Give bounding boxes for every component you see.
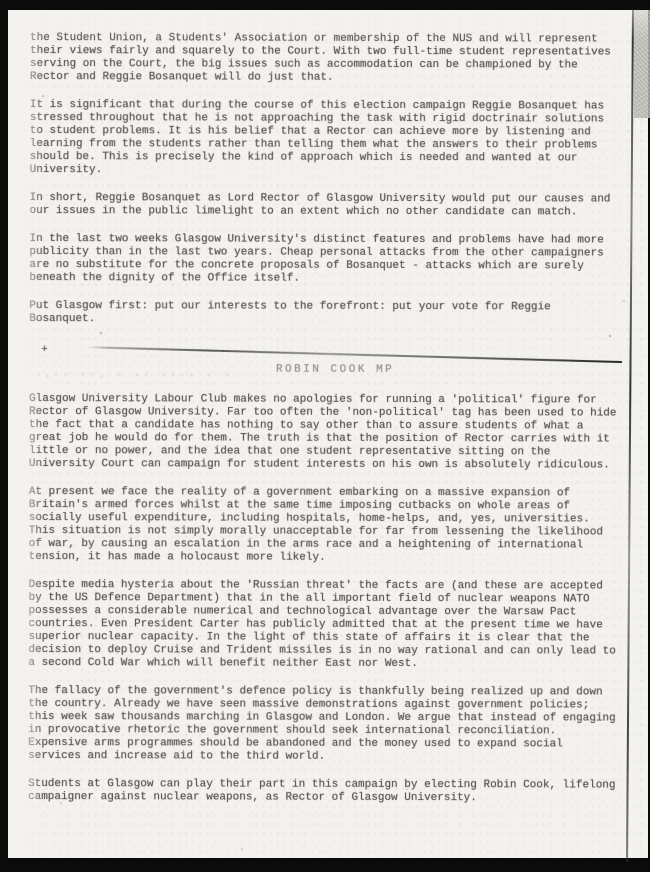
paragraph: The fallacy of the government's defence …: [28, 685, 616, 765]
scan-background: { "marks": { "plus": "+", "ghost_line": …: [0, 0, 650, 872]
paragraph: the Student Union, a Students' Associati…: [30, 32, 618, 86]
section-divider: [87, 346, 622, 363]
document-content: the Student Union, a Students' Associati…: [28, 32, 618, 821]
document-page: the Student Union, a Students' Associati…: [8, 10, 648, 858]
paragraph: Students at Glasgow can play their part …: [28, 778, 616, 806]
scan-top-fade: [8, 10, 648, 40]
paragraph: Despite media hysteria about the 'Russia…: [28, 579, 616, 672]
paragraph: In short, Reggie Bosanquet as Lord Recto…: [30, 192, 618, 220]
paragraph: In the last two weeks Glasgow University…: [29, 233, 617, 287]
section-heading: ROBIN COOK MP: [41, 363, 629, 378]
paragraph: It is significant that during the course…: [30, 99, 618, 179]
paragraph: At present we face the reality of a gove…: [29, 486, 617, 566]
scan-left-fade: [8, 10, 44, 858]
paragraph: Glasgow University Labour Club makes no …: [29, 393, 617, 473]
section-divider-row: +: [29, 341, 617, 363]
paragraph: Put Glasgow first: put our interests to …: [29, 300, 617, 328]
section-heading-row: ·.·· ··. · ·· ···· · · ROBIN COOK MP: [29, 363, 617, 389]
page-fold-line: [626, 6, 634, 862]
